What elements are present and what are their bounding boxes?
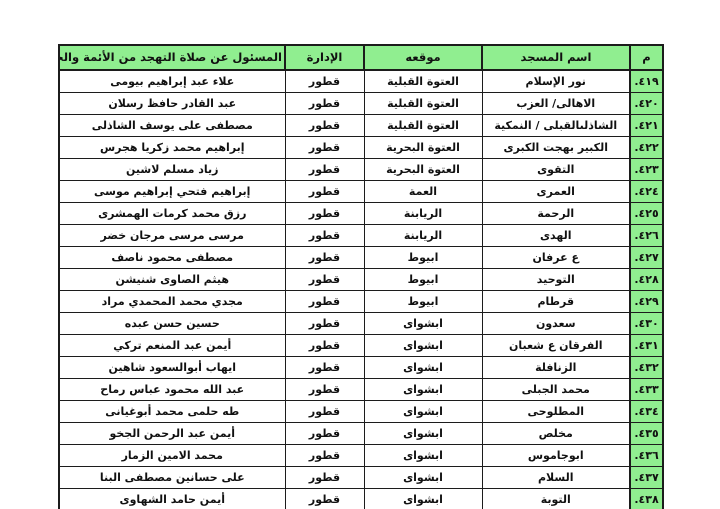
administration-cell: قطور bbox=[285, 70, 364, 93]
table-row: ٤٣٤.المطلوحىابشواىقطورطه حلمى محمد أبوغي… bbox=[59, 401, 663, 423]
mosque-name-cell: الزنافلة bbox=[482, 357, 630, 379]
table-row: ٤٢٥.الرحمةالريابنةقطوررزق محمد كرمات اله… bbox=[59, 203, 663, 225]
location-cell: ابشواى bbox=[364, 335, 482, 357]
mosque-name-cell: الاهالى/ العزب bbox=[482, 93, 630, 115]
header-location: موقعه bbox=[364, 45, 482, 70]
header-serial-number: م bbox=[630, 45, 663, 70]
administration-cell: قطور bbox=[285, 489, 364, 509]
responsible-imam-cell: هيثم الصاوى شنيشن bbox=[59, 269, 285, 291]
serial-number-cell: ٤٢٤. bbox=[630, 181, 663, 203]
mosque-name-cell: العمرى bbox=[482, 181, 630, 203]
location-cell: ابشواى bbox=[364, 313, 482, 335]
administration-cell: قطور bbox=[285, 357, 364, 379]
document-page: م اسم المسجد موقعه الإدارة المسئول عن صل… bbox=[0, 0, 720, 509]
mosque-name-cell: السلام bbox=[482, 467, 630, 489]
table-row: ٤٢٦.الهدىالريابنةقطورمرسى مرسى مرجان خضر bbox=[59, 225, 663, 247]
location-cell: ابشواى bbox=[364, 489, 482, 509]
table-row: ٤١٩.نور الإسلامالعتوة القبليةقطورعلاء عب… bbox=[59, 70, 663, 93]
table-body: ٤١٩.نور الإسلامالعتوة القبليةقطورعلاء عب… bbox=[59, 70, 663, 509]
mosque-name-cell: التوبة bbox=[482, 489, 630, 509]
responsible-imam-cell: عبد القادر حافظ رسلان bbox=[59, 93, 285, 115]
table-row: ٤٢٤.العمرىالعمةقطورإبراهيم فتحي إبراهيم … bbox=[59, 181, 663, 203]
responsible-imam-cell: أيمن عبد الرحمن الجخو bbox=[59, 423, 285, 445]
location-cell: العتوة القبلية bbox=[364, 93, 482, 115]
serial-number-cell: ٤٢٥. bbox=[630, 203, 663, 225]
mosque-name-cell: التقوى bbox=[482, 159, 630, 181]
serial-number-cell: ٤٣١. bbox=[630, 335, 663, 357]
administration-cell: قطور bbox=[285, 247, 364, 269]
table-row: ٤٣٠.سعدونابشواىقطورحسين حسن عبده bbox=[59, 313, 663, 335]
table-row: ٤٢٠.الاهالى/ العزبالعتوة القبليةقطورعبد … bbox=[59, 93, 663, 115]
table-row: ٤٣١.الفرقان ع شعبانابشواىقطورأيمن عبد ال… bbox=[59, 335, 663, 357]
mosque-name-cell: سعدون bbox=[482, 313, 630, 335]
location-cell: ابيوط bbox=[364, 247, 482, 269]
location-cell: ابشواى bbox=[364, 357, 482, 379]
location-cell: العتوة البحرية bbox=[364, 159, 482, 181]
serial-number-cell: ٤٢٣. bbox=[630, 159, 663, 181]
administration-cell: قطور bbox=[285, 159, 364, 181]
mosque-name-cell: المطلوحى bbox=[482, 401, 630, 423]
responsible-imam-cell: مصطفى محمود ناصف bbox=[59, 247, 285, 269]
responsible-imam-cell: مجدي محمد المحمدي مراد bbox=[59, 291, 285, 313]
administration-cell: قطور bbox=[285, 335, 364, 357]
mosque-name-cell: الفرقان ع شعبان bbox=[482, 335, 630, 357]
administration-cell: قطور bbox=[285, 269, 364, 291]
responsible-imam-cell: أيمن عبد المنعم تركي bbox=[59, 335, 285, 357]
location-cell: ابشواى bbox=[364, 423, 482, 445]
location-cell: العتوة القبلية bbox=[364, 70, 482, 93]
responsible-imam-cell: مصطفى على يوسف الشاذلى bbox=[59, 115, 285, 137]
location-cell: ابيوط bbox=[364, 269, 482, 291]
administration-cell: قطور bbox=[285, 445, 364, 467]
responsible-imam-cell: ايهاب أبوالسعود شاهين bbox=[59, 357, 285, 379]
table-row: ٤٣٨.التوبةابشواىقطورأيمن حامد الشهاوى bbox=[59, 489, 663, 509]
location-cell: العتوة القبلية bbox=[364, 115, 482, 137]
administration-cell: قطور bbox=[285, 93, 364, 115]
location-cell: ابشواى bbox=[364, 379, 482, 401]
serial-number-cell: ٤٢٧. bbox=[630, 247, 663, 269]
serial-number-cell: ٤٣٦. bbox=[630, 445, 663, 467]
header-administration: الإدارة bbox=[285, 45, 364, 70]
mosque-tahajjud-table: م اسم المسجد موقعه الإدارة المسئول عن صل… bbox=[58, 44, 664, 509]
table-row: ٤٢٧.ع عرفانابيوطقطورمصطفى محمود ناصف bbox=[59, 247, 663, 269]
responsible-imam-cell: رزق محمد كرمات الهمشرى bbox=[59, 203, 285, 225]
header-responsible-imam: المسئول عن صلاة التهجد من الأئمة والخطبا… bbox=[59, 45, 285, 70]
administration-cell: قطور bbox=[285, 225, 364, 247]
serial-number-cell: ٤٢٢. bbox=[630, 137, 663, 159]
table-row: ٤٣٧.السلامابشواىقطورعلى حسانين مصطفى الب… bbox=[59, 467, 663, 489]
administration-cell: قطور bbox=[285, 115, 364, 137]
mosque-name-cell: ابوجاموس bbox=[482, 445, 630, 467]
table-row: ٤٢٢.الكبير بهجت الكبرىالعتوة البحريةقطور… bbox=[59, 137, 663, 159]
responsible-imam-cell: طه حلمى محمد أبوغيانى bbox=[59, 401, 285, 423]
responsible-imam-cell: حسين حسن عبده bbox=[59, 313, 285, 335]
location-cell: ابشواى bbox=[364, 445, 482, 467]
mosque-name-cell: قرطام bbox=[482, 291, 630, 313]
responsible-imam-cell: مرسى مرسى مرجان خضر bbox=[59, 225, 285, 247]
mosque-name-cell: نور الإسلام bbox=[482, 70, 630, 93]
table-row: ٤٣٢.الزنافلةابشواىقطورايهاب أبوالسعود شا… bbox=[59, 357, 663, 379]
mosque-name-cell: مخلص bbox=[482, 423, 630, 445]
mosque-name-cell: محمد الجبلى bbox=[482, 379, 630, 401]
responsible-imam-cell: زياد مسلم لاشين bbox=[59, 159, 285, 181]
responsible-imam-cell: عبد الله محمود عباس رماح bbox=[59, 379, 285, 401]
table-row: ٤٣٣.محمد الجبلىابشواىقطورعبد الله محمود … bbox=[59, 379, 663, 401]
serial-number-cell: ٤٣٣. bbox=[630, 379, 663, 401]
serial-number-cell: ٤٣٥. bbox=[630, 423, 663, 445]
administration-cell: قطور bbox=[285, 423, 364, 445]
serial-number-cell: ٤٣٠. bbox=[630, 313, 663, 335]
serial-number-cell: ٤١٩. bbox=[630, 70, 663, 93]
mosque-name-cell: التوحيد bbox=[482, 269, 630, 291]
serial-number-cell: ٤٢١. bbox=[630, 115, 663, 137]
administration-cell: قطور bbox=[285, 401, 364, 423]
serial-number-cell: ٤٣٢. bbox=[630, 357, 663, 379]
serial-number-cell: ٤٣٧. bbox=[630, 467, 663, 489]
serial-number-cell: ٤٣٤. bbox=[630, 401, 663, 423]
mosque-name-cell: الكبير بهجت الكبرى bbox=[482, 137, 630, 159]
administration-cell: قطور bbox=[285, 467, 364, 489]
serial-number-cell: ٤٢٠. bbox=[630, 93, 663, 115]
serial-number-cell: ٤٣٨. bbox=[630, 489, 663, 509]
location-cell: الريابنة bbox=[364, 225, 482, 247]
responsible-imam-cell: إبراهيم محمد زكريا هجرس bbox=[59, 137, 285, 159]
administration-cell: قطور bbox=[285, 137, 364, 159]
administration-cell: قطور bbox=[285, 181, 364, 203]
administration-cell: قطور bbox=[285, 203, 364, 225]
table-header-row: م اسم المسجد موقعه الإدارة المسئول عن صل… bbox=[59, 45, 663, 70]
table-row: ٤٢٩.قرطامابيوطقطورمجدي محمد المحمدي مراد bbox=[59, 291, 663, 313]
location-cell: ابشواى bbox=[364, 401, 482, 423]
mosque-name-cell: الشاذلىالقبلى / النمكية bbox=[482, 115, 630, 137]
location-cell: ابيوط bbox=[364, 291, 482, 313]
serial-number-cell: ٤٢٨. bbox=[630, 269, 663, 291]
responsible-imam-cell: محمد الامين الزمار bbox=[59, 445, 285, 467]
administration-cell: قطور bbox=[285, 379, 364, 401]
location-cell: العمة bbox=[364, 181, 482, 203]
responsible-imam-cell: أيمن حامد الشهاوى bbox=[59, 489, 285, 509]
responsible-imam-cell: إبراهيم فتحي إبراهيم موسى bbox=[59, 181, 285, 203]
responsible-imam-cell: علاء عبد إبراهيم بيومى bbox=[59, 70, 285, 93]
table-row: ٤٢٨.التوحيدابيوطقطورهيثم الصاوى شنيشن bbox=[59, 269, 663, 291]
table-row: ٤٢١.الشاذلىالقبلى / النمكيةالعتوة القبلي… bbox=[59, 115, 663, 137]
table-row: ٤٣٥.مخلصابشواىقطورأيمن عبد الرحمن الجخو bbox=[59, 423, 663, 445]
location-cell: ابشواى bbox=[364, 467, 482, 489]
table-row: ٤٢٣.التقوىالعتوة البحريةقطورزياد مسلم لا… bbox=[59, 159, 663, 181]
table-row: ٤٣٦.ابوجاموسابشواىقطورمحمد الامين الزمار bbox=[59, 445, 663, 467]
serial-number-cell: ٤٢٦. bbox=[630, 225, 663, 247]
header-mosque-name: اسم المسجد bbox=[482, 45, 630, 70]
mosque-name-cell: ع عرفان bbox=[482, 247, 630, 269]
administration-cell: قطور bbox=[285, 313, 364, 335]
location-cell: الريابنة bbox=[364, 203, 482, 225]
administration-cell: قطور bbox=[285, 291, 364, 313]
mosque-name-cell: الرحمة bbox=[482, 203, 630, 225]
serial-number-cell: ٤٢٩. bbox=[630, 291, 663, 313]
mosque-name-cell: الهدى bbox=[482, 225, 630, 247]
location-cell: العتوة البحرية bbox=[364, 137, 482, 159]
responsible-imam-cell: على حسانين مصطفى البنا bbox=[59, 467, 285, 489]
